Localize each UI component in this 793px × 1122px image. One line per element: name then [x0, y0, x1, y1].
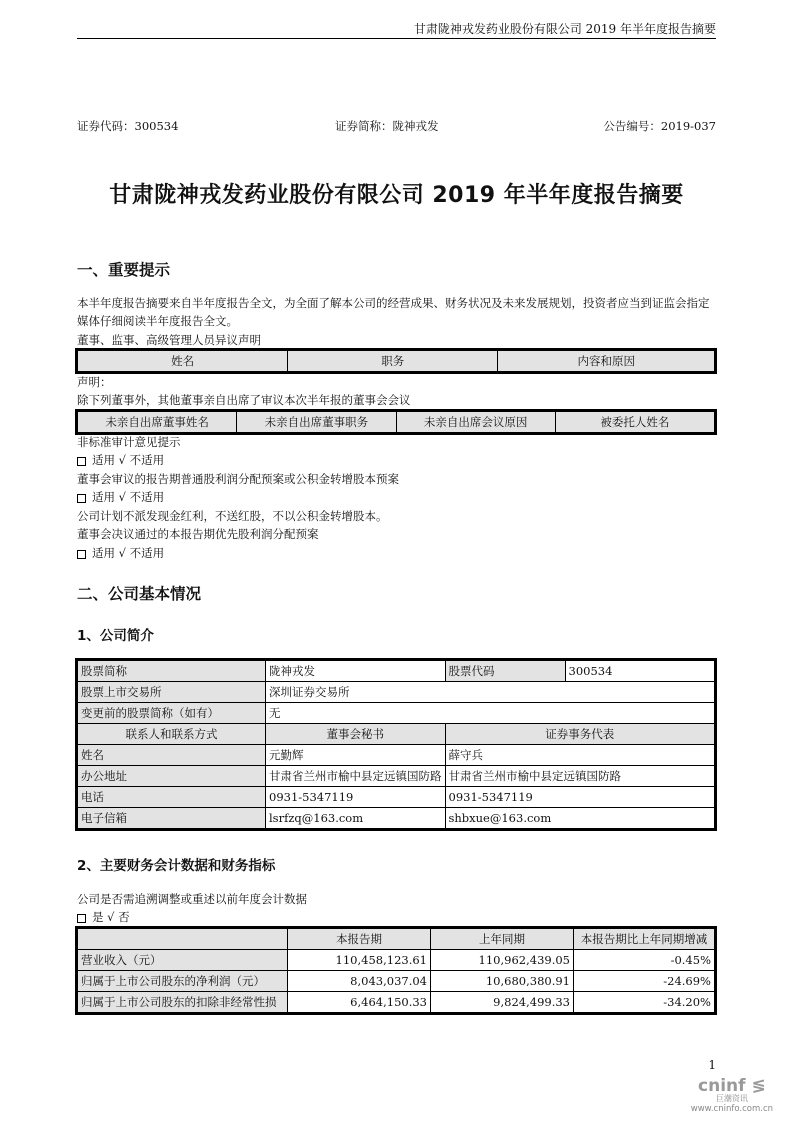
restate-label: 公司是否需追溯调整或重述以前年度会计数据 — [77, 890, 307, 908]
section1-heading: 一、重要提示 — [77, 258, 170, 280]
former-name: 无 — [266, 703, 715, 724]
dividend-plan: 公司计划不派发现金红利，不送红股，不以公积金转增股本。 — [77, 507, 388, 525]
col-header: 未亲自出席董事姓名 — [78, 412, 237, 433]
label: 股票简称 — [78, 661, 266, 682]
label: 电话 — [78, 787, 266, 808]
col-header: 上年同期 — [431, 929, 574, 950]
label: 变更前的股票简称（如有） — [78, 703, 266, 724]
company-profile-table: 股票简称 陇神戎发 股票代码 300534 股票上市交易所 深圳证券交易所 变更… — [77, 660, 715, 829]
table-row: 营业收入（元） 110,458,123.61 110,962,439.05 -0… — [78, 950, 715, 971]
nonstandard-audit-label: 非标准审计意见提示 — [77, 433, 181, 451]
cninfo-logo: cninf ≶ 巨潮资讯 www.cninfo.com.cn — [691, 1078, 773, 1114]
running-header: 甘肃陇神戎发药业股份有限公司 2019 年半年度报告摘要 — [414, 20, 716, 37]
intro-paragraph: 本半年度报告摘要来自半年度报告全文，为全面了解本公司的经营成果、财务状况及未来发… — [77, 294, 717, 330]
checkbox-icon — [77, 457, 86, 466]
col-header: 被委托人姓名 — [555, 412, 714, 433]
attendance-label: 除下列董事外，其他董事亲自出席了审议本次半年报的董事会会议 — [77, 391, 411, 409]
col-header: 职务 — [288, 351, 498, 372]
secretary-phone: 0931-5347119 — [266, 787, 446, 808]
col-header: 未亲自出席会议原因 — [396, 412, 555, 433]
secretary-email: lsrfzq@163.com — [266, 808, 446, 829]
col-header: 证券事务代表 — [445, 724, 715, 745]
objection-table: 姓名 职务 内容和原因 — [77, 350, 715, 372]
financial-table: 本报告期 上年同期 本报告期比上年同期增减 营业收入（元） 110,458,12… — [77, 928, 715, 1013]
section2-heading: 二、公司基本情况 — [77, 582, 201, 604]
company-profile-heading: 1、公司简介 — [77, 624, 154, 644]
col-header: 董事会秘书 — [266, 724, 446, 745]
col-header — [78, 929, 288, 950]
restate-choice: 是 √ 否 — [77, 908, 130, 926]
label: 股票上市交易所 — [78, 682, 266, 703]
rep-email: shbxue@163.com — [445, 808, 715, 829]
col-header: 内容和原因 — [498, 351, 715, 372]
label: 办公地址 — [78, 766, 266, 787]
financial-data-heading: 2、主要财务会计数据和财务指标 — [77, 854, 275, 874]
security-short-name: 证券简称：陇神戎发 — [335, 118, 439, 134]
attendance-table: 未亲自出席董事姓名 未亲自出席董事职务 未亲自出席会议原因 被委托人姓名 — [77, 411, 715, 433]
logo-icon: ≶ — [751, 1076, 765, 1096]
stock-name: 陇神戎发 — [266, 661, 446, 682]
secretary-name: 元勤辉 — [266, 745, 446, 766]
header-rule — [77, 38, 716, 39]
col-header: 姓名 — [78, 351, 288, 372]
checkbox-icon — [77, 914, 86, 923]
label: 姓名 — [78, 745, 266, 766]
col-header: 本报告期比上年同期增减 — [574, 929, 715, 950]
col-header: 联系人和联系方式 — [78, 724, 266, 745]
preferred-dividend-label: 董事会决议通过的本报告期优先股利润分配预案 — [77, 525, 319, 543]
table-row: 归属于上市公司股东的净利润（元） 8,043,037.04 10,680,380… — [78, 971, 715, 992]
checkbox-icon — [77, 494, 86, 503]
document-title: 甘肃陇神戎发药业股份有限公司 2019 年半年度报告摘要 — [0, 178, 793, 209]
notice-number: 公告编号：2019-037 — [603, 118, 716, 134]
objection-label: 董事、监事、高级管理人员异议声明 — [77, 331, 261, 349]
security-code: 证券代码：300534 — [77, 118, 178, 134]
secretary-address: 甘肃省兰州市榆中县定远镇国防路 — [266, 766, 446, 787]
rep-phone: 0931-5347119 — [445, 787, 715, 808]
statement-label: 声明： — [77, 373, 112, 391]
col-header: 未亲自出席董事职务 — [237, 412, 396, 433]
stock-code: 300534 — [565, 661, 715, 682]
label: 股票代码 — [445, 661, 565, 682]
label: 电子信箱 — [78, 808, 266, 829]
table-row: 归属于上市公司股东的扣除非经常性损 6,464,150.33 9,824,499… — [78, 992, 715, 1013]
dividend-label: 董事会审议的报告期普通股利润分配预案或公积金转增股本预案 — [77, 470, 399, 488]
applicable-choice-1: 适用 √ 不适用 — [77, 451, 164, 469]
rep-name: 薛守兵 — [445, 745, 715, 766]
applicable-choice-3: 适用 √ 不适用 — [77, 544, 164, 562]
exchange: 深圳证券交易所 — [266, 682, 715, 703]
col-header: 本报告期 — [288, 929, 431, 950]
applicable-choice-2: 适用 √ 不适用 — [77, 488, 164, 506]
rep-address: 甘肃省兰州市榆中县定远镇国防路 — [445, 766, 715, 787]
page-number: 1 — [708, 1058, 716, 1072]
checkbox-icon — [77, 550, 86, 559]
